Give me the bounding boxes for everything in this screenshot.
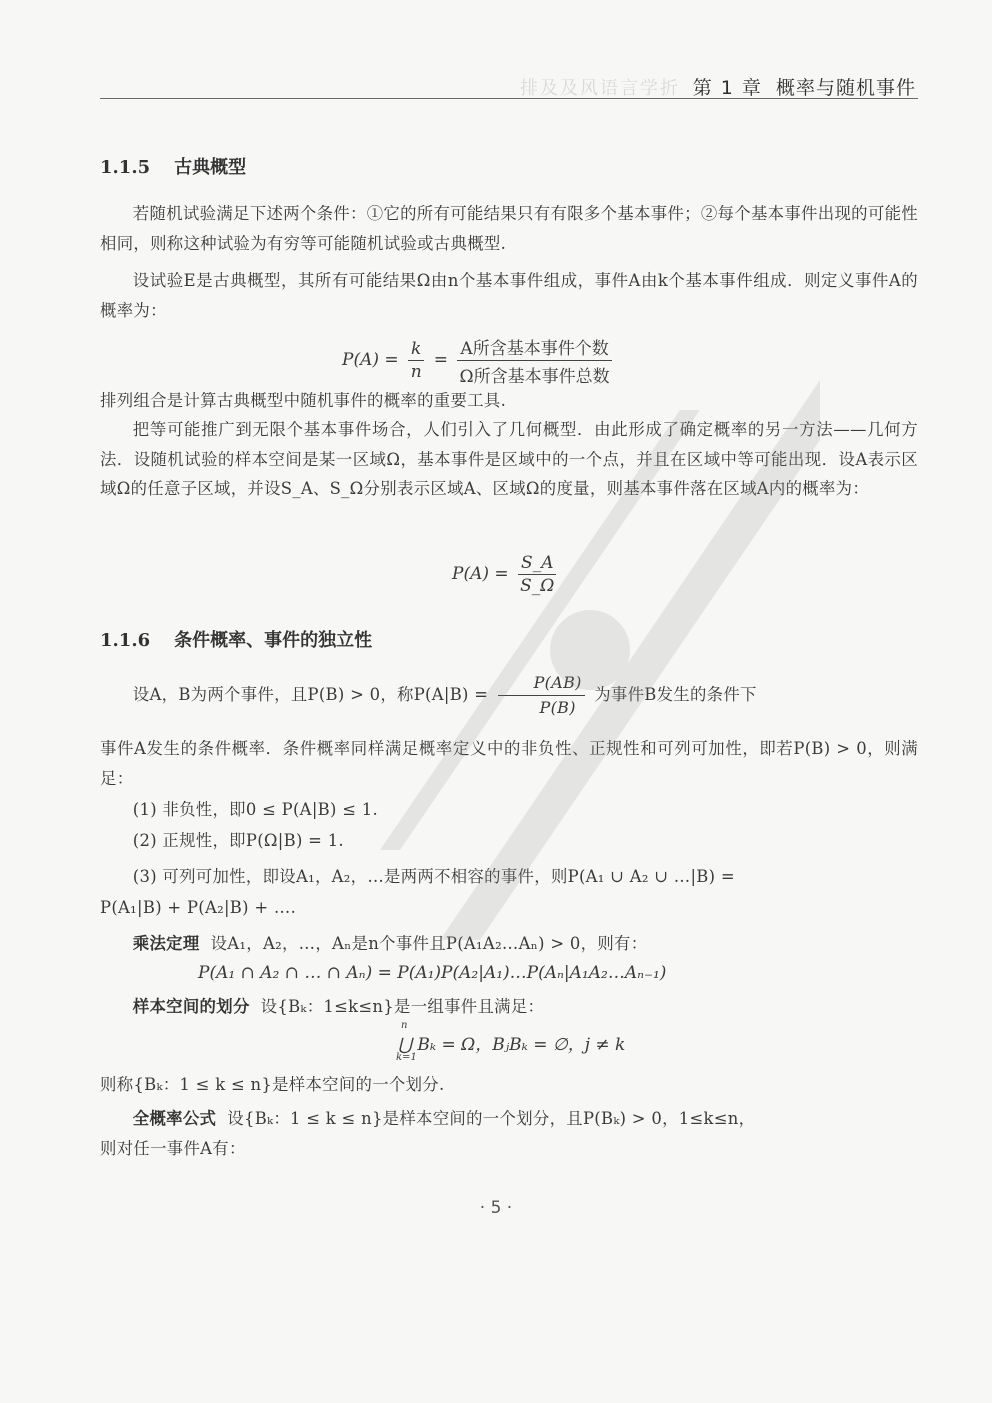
- formula-geometric-probability: P(A) = S_AS_Ω: [452, 553, 560, 596]
- formula-multiplication: P(A₁ ∩ A₂ ∩ … ∩ Aₙ) = P(A₁)P(A₂|A₁)…P(Aₙ…: [198, 963, 666, 983]
- paragraph: 则对任一事件A有：: [100, 1134, 918, 1164]
- running-header: 排及及风语言学折 第1章 概率与随机事件: [100, 72, 918, 99]
- paragraph: 则称{Bₖ：1 ≤ k ≤ n}是样本空间的一个划分.: [100, 1070, 918, 1100]
- fraction: kn: [408, 339, 424, 382]
- conditional-probability-definition: 设A，B为两个事件，且P(B) > 0，称P(A|B) = P(AB)P(B) …: [100, 672, 918, 719]
- chapter-title: 第1章 概率与随机事件: [693, 73, 916, 100]
- property-normality: (2) 正规性，即P(Ω|B) = 1.: [100, 826, 918, 856]
- section-heading-1-1-6: 1.1.6条件概率、事件的独立性: [100, 626, 372, 652]
- formula-classical-probability: P(A) = kn = A所含基本事件个数Ω所含基本事件总数: [342, 334, 616, 387]
- multiplication-theorem: 乘法定理 设A₁，A₂，…，Aₙ是n个事件且P(A₁A₂…Aₙ) > 0，则有：: [100, 929, 918, 959]
- paragraph: 设试验E是古典概型，其所有可能结果Ω由n个基本事件组成，事件A由k个基本事件组成…: [100, 266, 918, 325]
- bleed-through-text: 排及及风语言学折: [520, 74, 680, 100]
- paragraph-geometric: 把等可能推广到无限个基本事件场合，人们引入了几何概型．由此形成了确定概率的另一方…: [100, 415, 918, 504]
- paragraph: 排列组合是计算古典概型中随机事件的概率的重要工具.: [100, 386, 918, 416]
- paragraph: 若随机试验满足下述两个条件：①它的所有可能结果只有有限多个基本事件；②每个基本事…: [100, 199, 918, 258]
- paragraph: 事件A发生的条件概率．条件概率同样满足概率定义中的非负性、正规性和可列可加性，即…: [100, 734, 918, 793]
- total-probability-formula: 全概率公式 设{Bₖ：1 ≤ k ≤ n}是样本空间的一个划分，且P(Bₖ) >…: [100, 1104, 918, 1134]
- formula-partition: n ⋃ Bₖ = Ω，BⱼBₖ = ∅，j ≠ k k=1: [398, 1030, 625, 1055]
- fraction: S_AS_Ω: [518, 553, 556, 596]
- fraction: P(AB)P(B): [498, 672, 585, 719]
- sample-space-partition: 样本空间的划分 设{Bₖ：1≤k≤n}是一组事件且满足：: [100, 992, 918, 1022]
- property-nonnegativity: (1) 非负性，即0 ≤ P(A|B) ≤ 1.: [100, 795, 918, 825]
- page-number: · 5 ·: [0, 1198, 992, 1218]
- property-countable-additivity-cont: P(A₁|B) + P(A₂|B) + ….: [100, 893, 918, 923]
- property-countable-additivity: (3) 可列可加性，即设A₁，A₂，…是两两不相容的事件，则P(A₁ ∪ A₂ …: [100, 862, 918, 892]
- section-heading-1-1-5: 1.1.5古典概型: [100, 153, 246, 179]
- fraction: A所含基本事件个数Ω所含基本事件总数: [457, 334, 611, 387]
